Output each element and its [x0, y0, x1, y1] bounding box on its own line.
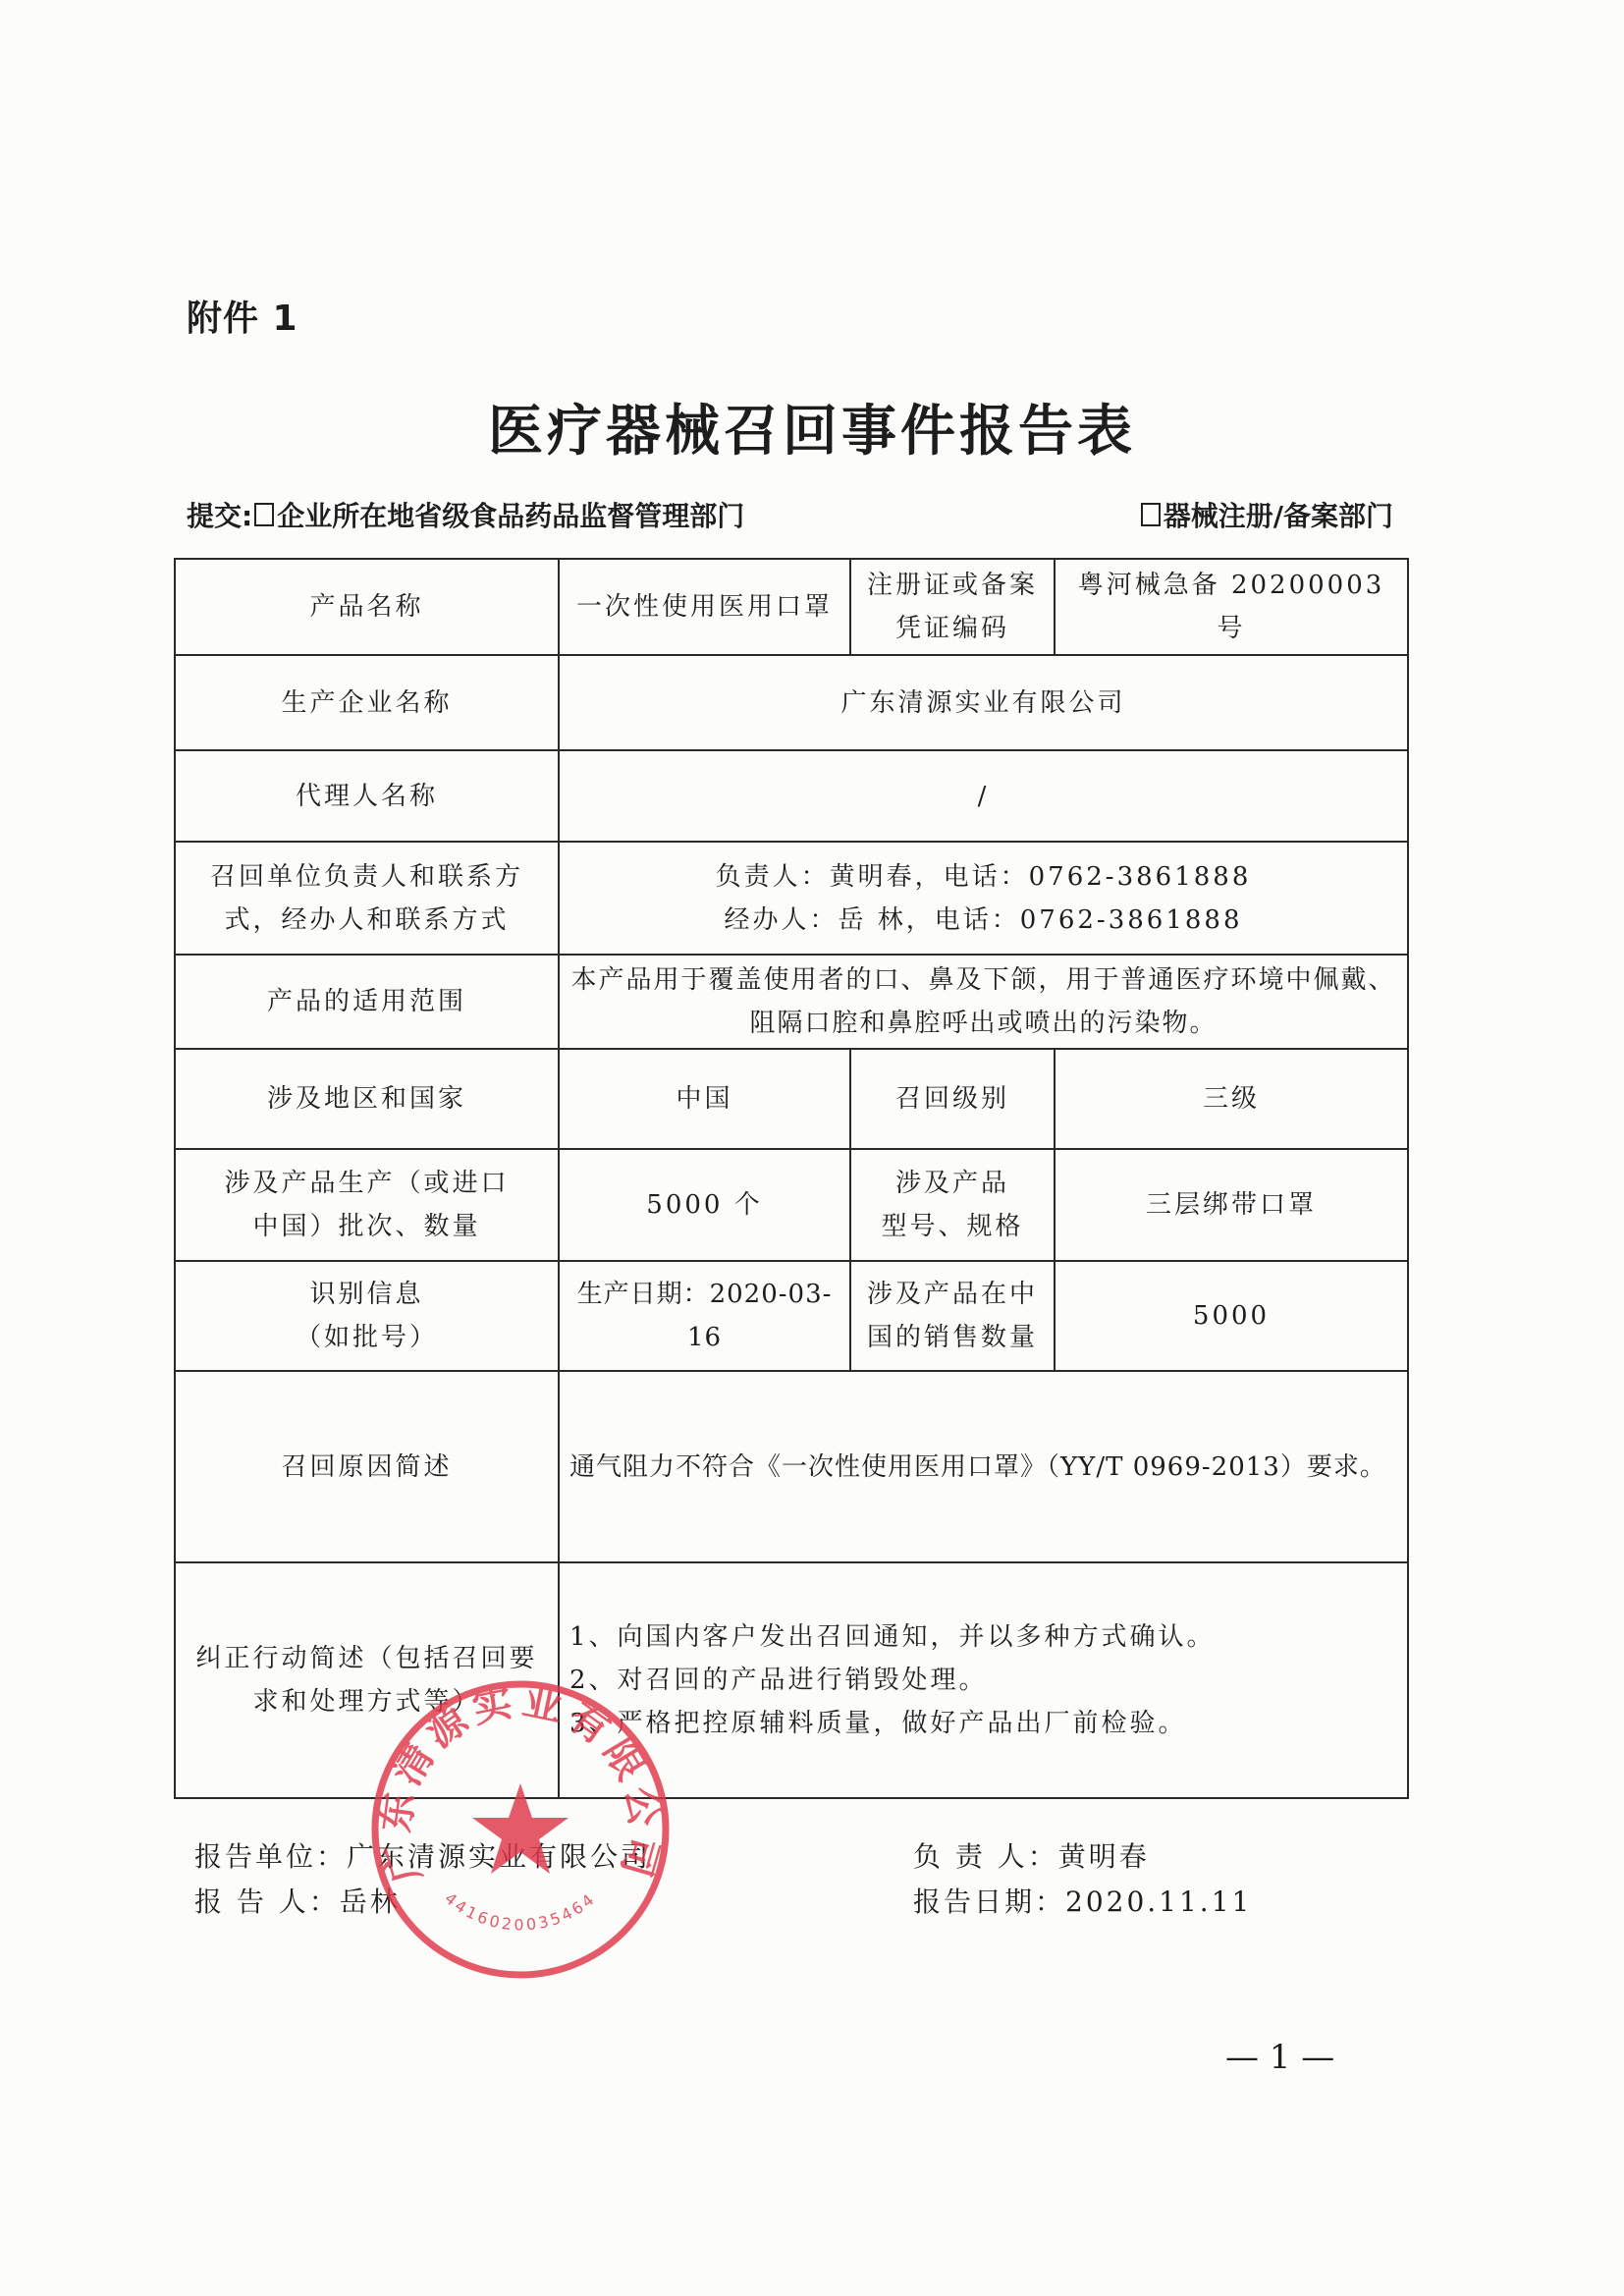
action-list: 1、向国内客户发出召回通知，并以多种方式确认。 2、对召回的产品进行销毁处理。 … — [559, 1562, 1408, 1798]
report-unit: 报告单位：广东清源实业有限公司 — [194, 1834, 651, 1880]
action-item: 2、对召回的产品进行销毁处理。 — [569, 1659, 1397, 1702]
recall-level-value: 三级 — [1055, 1049, 1408, 1149]
row-identification: 识别信息 （如批号） 生产日期：2020-03-16 涉及产品在中 国的销售数量… — [175, 1261, 1408, 1371]
row-batch: 涉及产品生产（或进口 中国）批次、数量 5000 个 涉及产品 型号、规格 三层… — [175, 1149, 1408, 1261]
footer-right: 负 责 人：黄明春 报告日期：2020.11.11 — [913, 1834, 1252, 1925]
row-manufacturer: 生产企业名称 广东清源实业有限公司 — [175, 655, 1408, 750]
reason-value: 通气阻力不符合《一次性使用医用口罩》（YY/T 0969-2013）要求。 — [559, 1371, 1408, 1562]
recall-report-table: 产品名称 一次性使用医用口罩 注册证或备案 凭证编码 粤河械急备 2020000… — [174, 558, 1409, 1799]
contact-handler: 经办人：岳 林，电话：0762-3861888 — [569, 899, 1397, 942]
submit-option-registration: 器械注册/备案部门 — [1139, 495, 1393, 534]
submit-option-1-label: 企业所在地省级食品药品监督管理部门 — [277, 495, 744, 534]
row-reason: 召回原因简述 通气阻力不符合《一次性使用医用口罩》（YY/T 0969-2013… — [175, 1371, 1408, 1562]
action-item: 1、向国内客户发出召回通知，并以多种方式确认。 — [569, 1615, 1397, 1659]
action-item: 3、严格把控原辅料质量，做好产品出厂前检验。 — [569, 1702, 1397, 1745]
submit-option-2-label: 器械注册/备案部门 — [1164, 495, 1393, 534]
action-label-line2: 求和处理方式等） — [186, 1680, 548, 1723]
id-label-line1: 识别信息 — [186, 1273, 548, 1316]
scope-label: 产品的适用范围 — [175, 955, 559, 1049]
manufacturer-value: 广东清源实业有限公司 — [559, 655, 1408, 750]
reg-no-value: 粤河械急备 20200003 号 — [1055, 559, 1408, 655]
submit-to-row: 提交: 企业所在地省级食品药品监督管理部门 器械注册/备案部门 — [187, 495, 1393, 534]
reason-label: 召回原因简述 — [175, 1371, 559, 1562]
footer-left: 报告单位：广东清源实业有限公司 报 告 人：岳林 — [194, 1834, 651, 1925]
row-region: 涉及地区和国家 中国 召回级别 三级 — [175, 1049, 1408, 1149]
agent-value: / — [559, 750, 1408, 842]
contact-label-line1: 召回单位负责人和联系方 — [186, 855, 548, 899]
responsible-person: 负 责 人：黄明春 — [913, 1834, 1252, 1880]
batch-label-line2: 中国）批次、数量 — [186, 1205, 548, 1248]
sales-label-line1: 涉及产品在中 — [861, 1273, 1044, 1316]
id-label-line2: （如批号） — [186, 1316, 548, 1359]
scope-value: 本产品用于覆盖使用者的口、鼻及下颌，用于普通医疗环境中佩戴、 阻隔口腔和鼻腔呼出… — [559, 955, 1408, 1049]
row-scope: 产品的适用范围 本产品用于覆盖使用者的口、鼻及下颌，用于普通医疗环境中佩戴、 阻… — [175, 955, 1408, 1049]
model-label-line2: 型号、规格 — [861, 1205, 1044, 1248]
batch-qty-value: 5000 个 — [559, 1149, 850, 1261]
scope-line2: 阻隔口腔和鼻腔呼出或喷出的污染物。 — [569, 1002, 1397, 1045]
contact-responsible: 负责人：黄明春，电话：0762-3861888 — [569, 855, 1397, 899]
sales-label: 涉及产品在中 国的销售数量 — [850, 1261, 1055, 1371]
model-label-line1: 涉及产品 — [861, 1162, 1044, 1205]
page-title: 医疗器械召回事件报告表 — [0, 388, 1624, 466]
contact-label: 召回单位负责人和联系方 式，经办人和联系方式 — [175, 842, 559, 955]
agent-label: 代理人名称 — [175, 750, 559, 842]
id-value: 生产日期：2020-03-16 — [559, 1261, 850, 1371]
model-value: 三层绑带口罩 — [1055, 1149, 1408, 1261]
action-label-line1: 纠正行动简述（包括召回要 — [186, 1637, 548, 1680]
row-contact: 召回单位负责人和联系方 式，经办人和联系方式 负责人：黄明春，电话：0762-3… — [175, 842, 1408, 955]
contact-value: 负责人：黄明春，电话：0762-3861888 经办人：岳 林，电话：0762-… — [559, 842, 1408, 955]
row-product-name: 产品名称 一次性使用医用口罩 注册证或备案 凭证编码 粤河械急备 2020000… — [175, 559, 1408, 655]
region-label: 涉及地区和国家 — [175, 1049, 559, 1149]
batch-label: 涉及产品生产（或进口 中国）批次、数量 — [175, 1149, 559, 1261]
report-date: 报告日期：2020.11.11 — [913, 1880, 1252, 1925]
sales-qty-value: 5000 — [1055, 1261, 1408, 1371]
batch-label-line1: 涉及产品生产（或进口 — [186, 1162, 548, 1205]
product-name-label: 产品名称 — [175, 559, 559, 655]
submit-option-provincial: 提交: 企业所在地省级食品药品监督管理部门 — [187, 495, 744, 534]
region-value: 中国 — [559, 1049, 850, 1149]
attachment-label: 附件 1 — [187, 291, 298, 341]
reg-no-label: 注册证或备案 凭证编码 — [850, 559, 1055, 655]
reg-no-label-line1: 注册证或备案 — [861, 564, 1044, 607]
contact-label-line2: 式，经办人和联系方式 — [186, 899, 548, 942]
recall-level-label: 召回级别 — [850, 1049, 1055, 1149]
checkbox-registration-dept[interactable] — [1141, 503, 1161, 526]
row-corrective-action: 纠正行动简述（包括召回要 求和处理方式等） 1、向国内客户发出召回通知，并以多种… — [175, 1562, 1408, 1798]
product-name-value: 一次性使用医用口罩 — [559, 559, 850, 655]
model-label: 涉及产品 型号、规格 — [850, 1149, 1055, 1261]
reporter: 报 告 人：岳林 — [194, 1880, 651, 1925]
scope-line1: 本产品用于覆盖使用者的口、鼻及下颌，用于普通医疗环境中佩戴、 — [569, 958, 1397, 1002]
page-number: — 1 — — [1225, 2038, 1334, 2077]
manufacturer-label: 生产企业名称 — [175, 655, 559, 750]
submit-prefix: 提交: — [187, 495, 252, 534]
action-label: 纠正行动简述（包括召回要 求和处理方式等） — [175, 1562, 559, 1798]
sales-label-line2: 国的销售数量 — [861, 1316, 1044, 1359]
row-agent: 代理人名称 / — [175, 750, 1408, 842]
id-label: 识别信息 （如批号） — [175, 1261, 559, 1371]
reg-no-label-line2: 凭证编码 — [861, 607, 1044, 650]
checkbox-provincial-dept[interactable] — [254, 503, 274, 526]
